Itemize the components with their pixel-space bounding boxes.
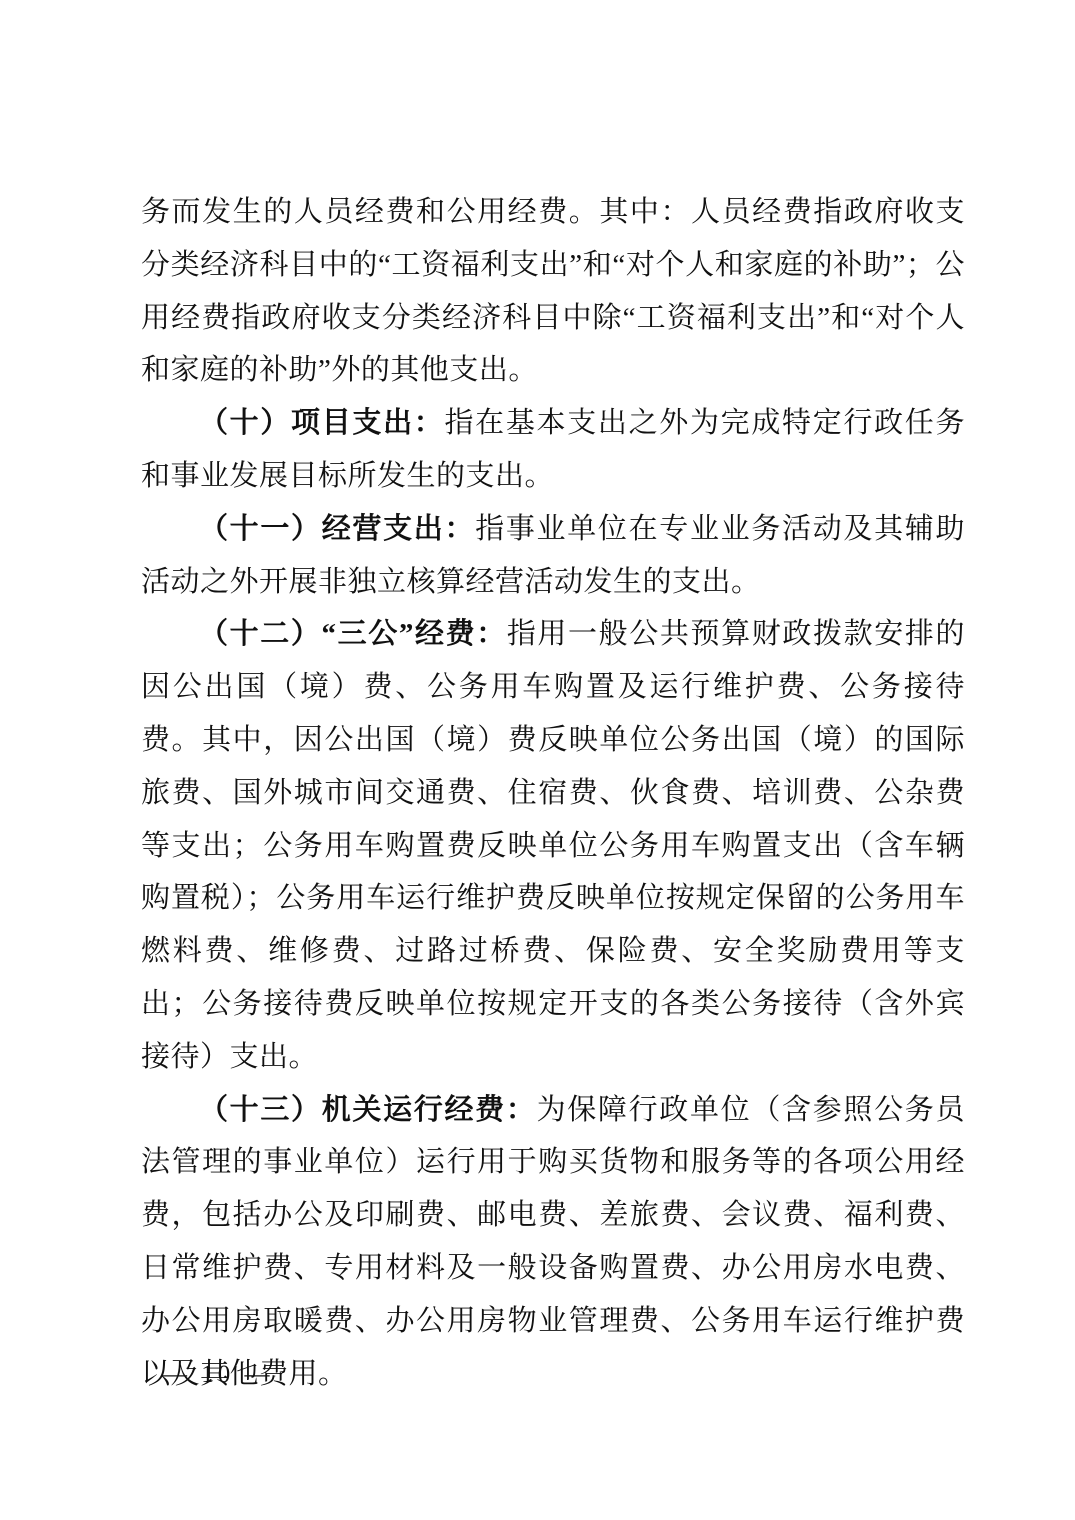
paragraph: 务而发生的人员经费和公用经费。其中：人员经费指政府收支分类经济科目中的“工资福利…	[141, 186, 965, 397]
paragraph: （十一）经营支出：指事业单位在专业业务活动及其辅助活动之外开展非独立核算经营活动…	[141, 503, 965, 609]
paragraph: （十）项目支出：指在基本支出之外为完成特定行政任务和事业发展目标所发生的支出。	[141, 397, 965, 503]
text-block: 务而发生的人员经费和公用经费。其中：人员经费指政府收支分类经济科目中的“工资福利…	[141, 186, 965, 1400]
paragraph-lead: （十一）经营支出：	[199, 513, 475, 545]
paragraph-text: 指用一般公共预算财政拨款安排的因公出国（境）费、公务用车购置及运行维护费、公务接…	[141, 618, 965, 1072]
paragraph-text: 为保障行政单位（含参照公务员法管理的事业单位）运行用于购买货物和服务等的各项公用…	[141, 1094, 965, 1390]
paragraph-lead: （十三）机关运行经费：	[199, 1094, 537, 1126]
document-page: 务而发生的人员经费和公用经费。其中：人员经费指政府收支分类经济科目中的“工资福利…	[0, 0, 1075, 1520]
paragraph-lead: （十二）“三公”经费：	[199, 618, 507, 650]
page-number: — 10 —	[162, 1360, 274, 1390]
paragraph: （十三）机关运行经费：为保障行政单位（含参照公务员法管理的事业单位）运行用于购买…	[141, 1084, 965, 1401]
paragraph-text: 务而发生的人员经费和公用经费。其中：人员经费指政府收支分类经济科目中的“工资福利…	[141, 196, 965, 386]
paragraph: （十二）“三公”经费：指用一般公共预算财政拨款安排的因公出国（境）费、公务用车购…	[141, 608, 965, 1083]
paragraph-lead: （十）项目支出：	[199, 407, 445, 439]
